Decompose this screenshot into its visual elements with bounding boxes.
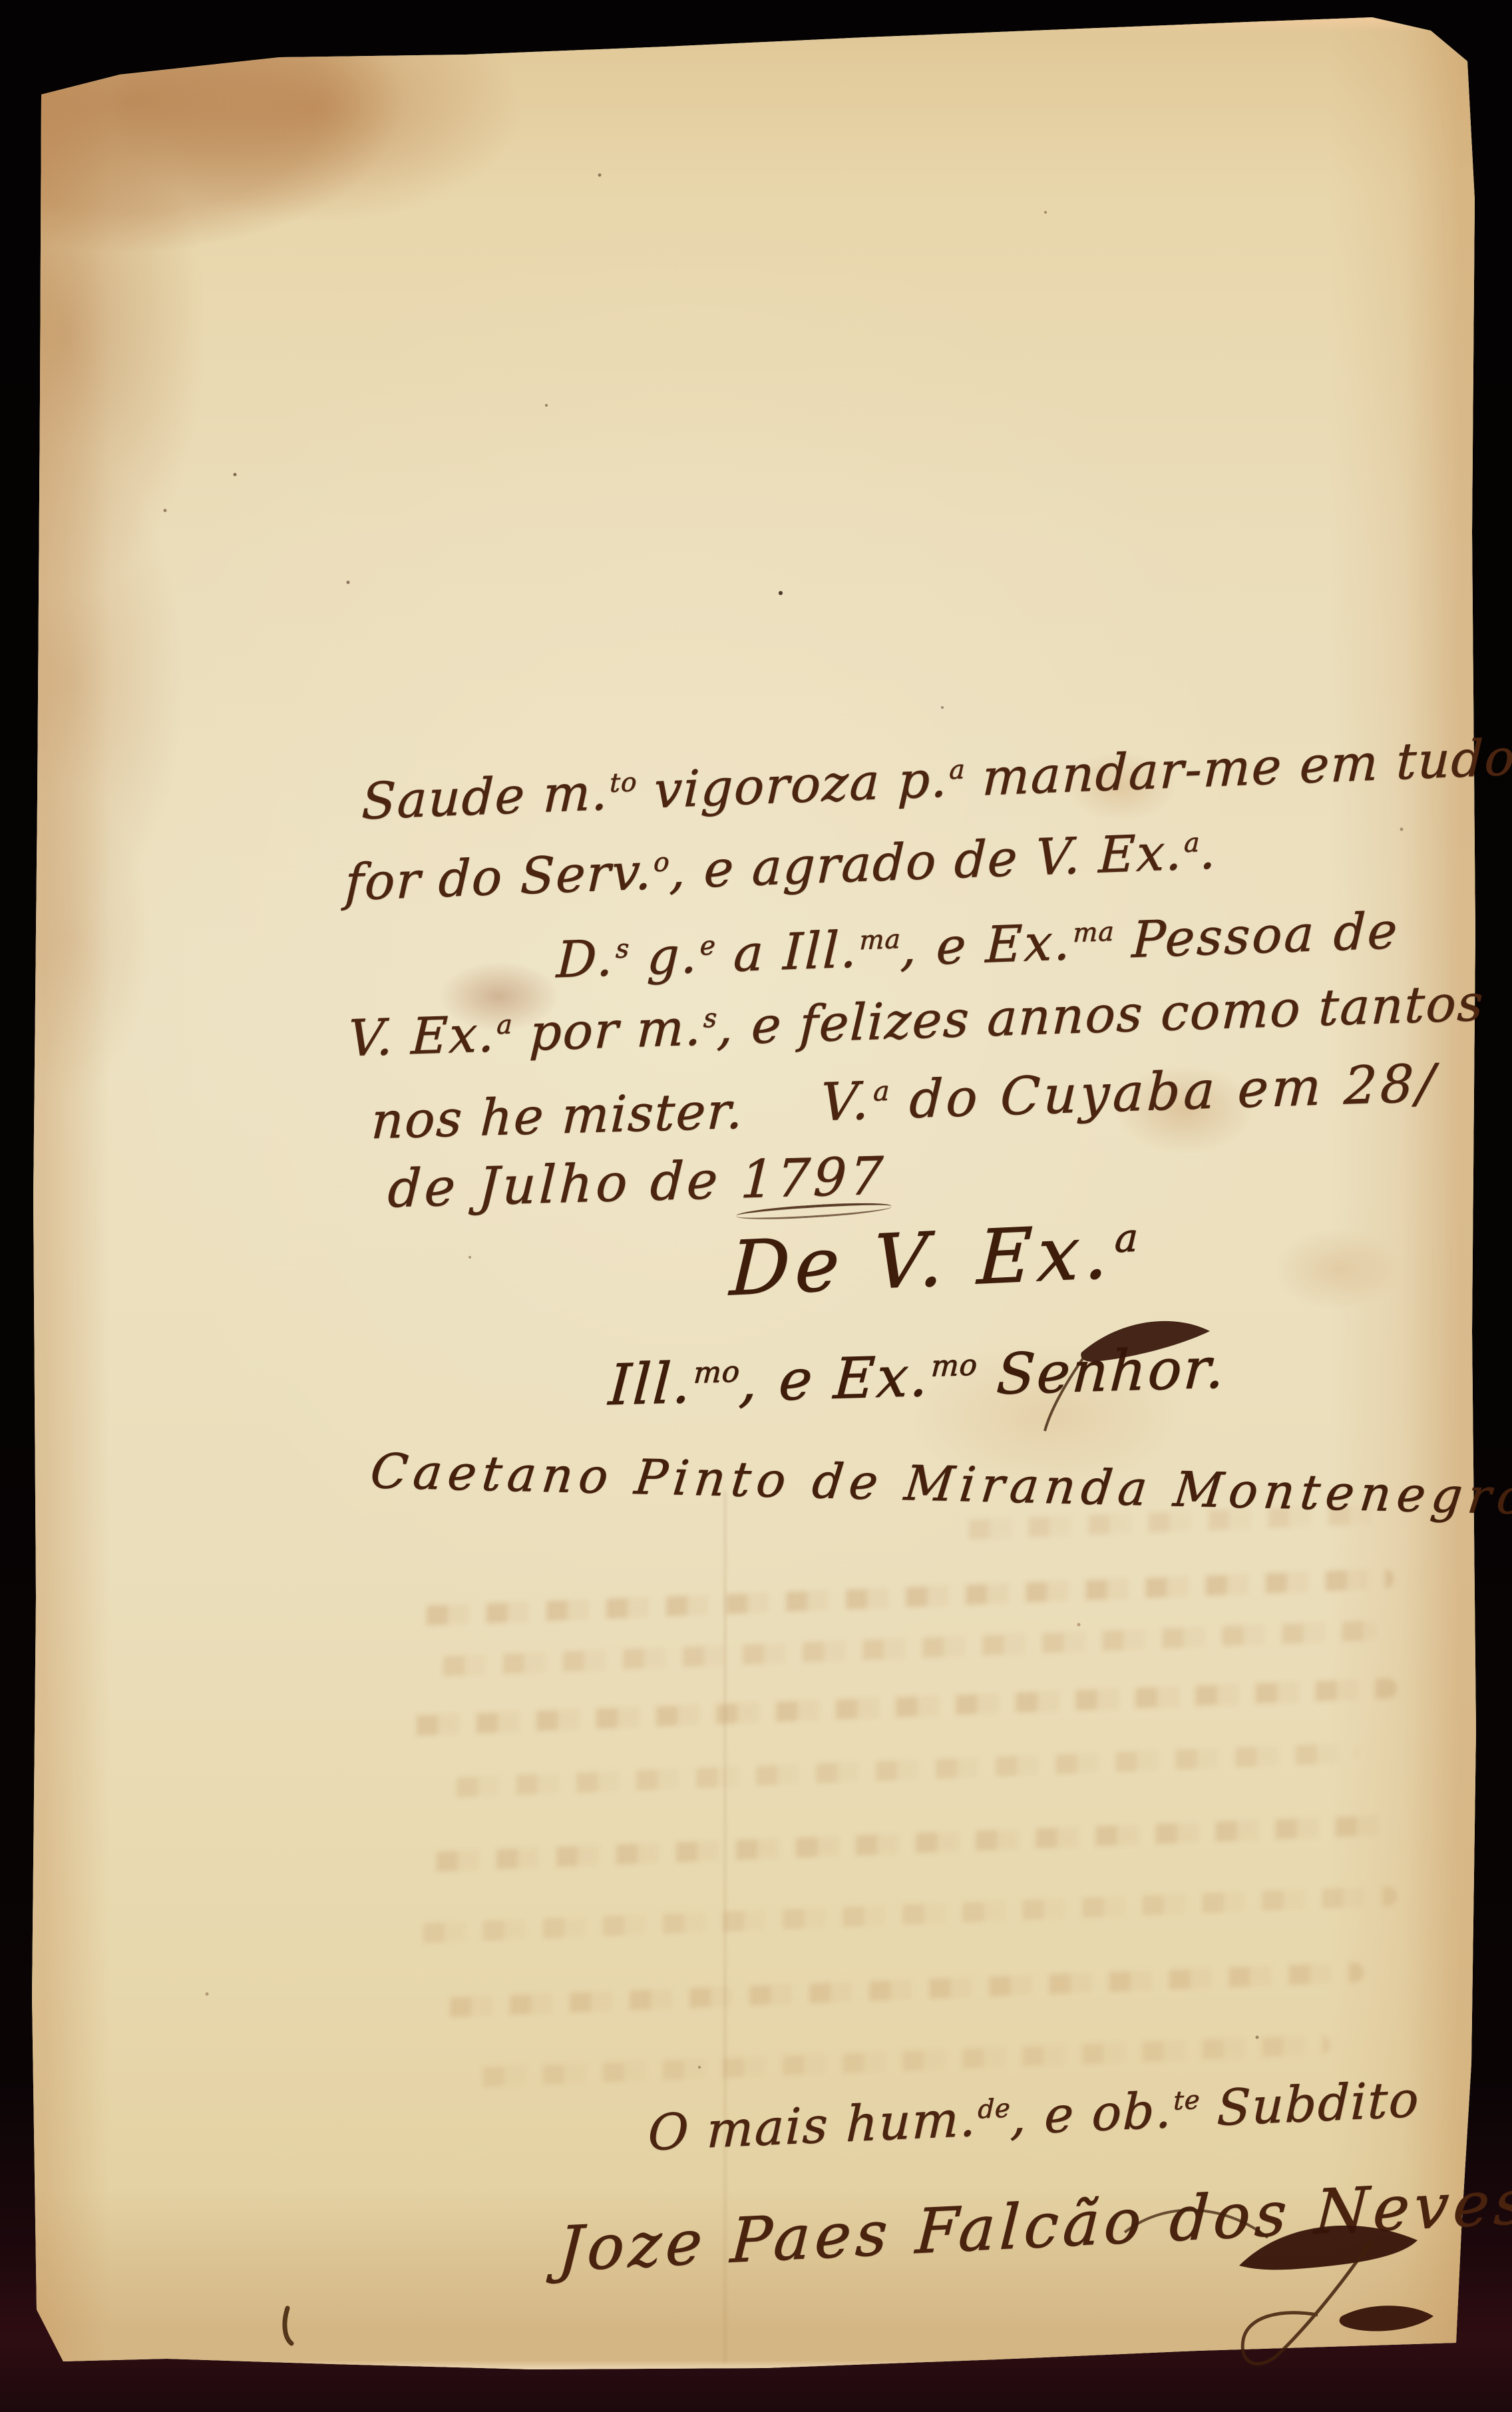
manuscript-line-place-date-2: de Julho de 1797	[387, 1146, 887, 1219]
ink-specks	[0, 0, 1, 1]
document-scan: Saude m.to vigoroza p.a mandar-me em tud…	[0, 0, 1512, 2412]
manuscript-line-valediction-3: nos he mister.	[370, 1081, 745, 1150]
